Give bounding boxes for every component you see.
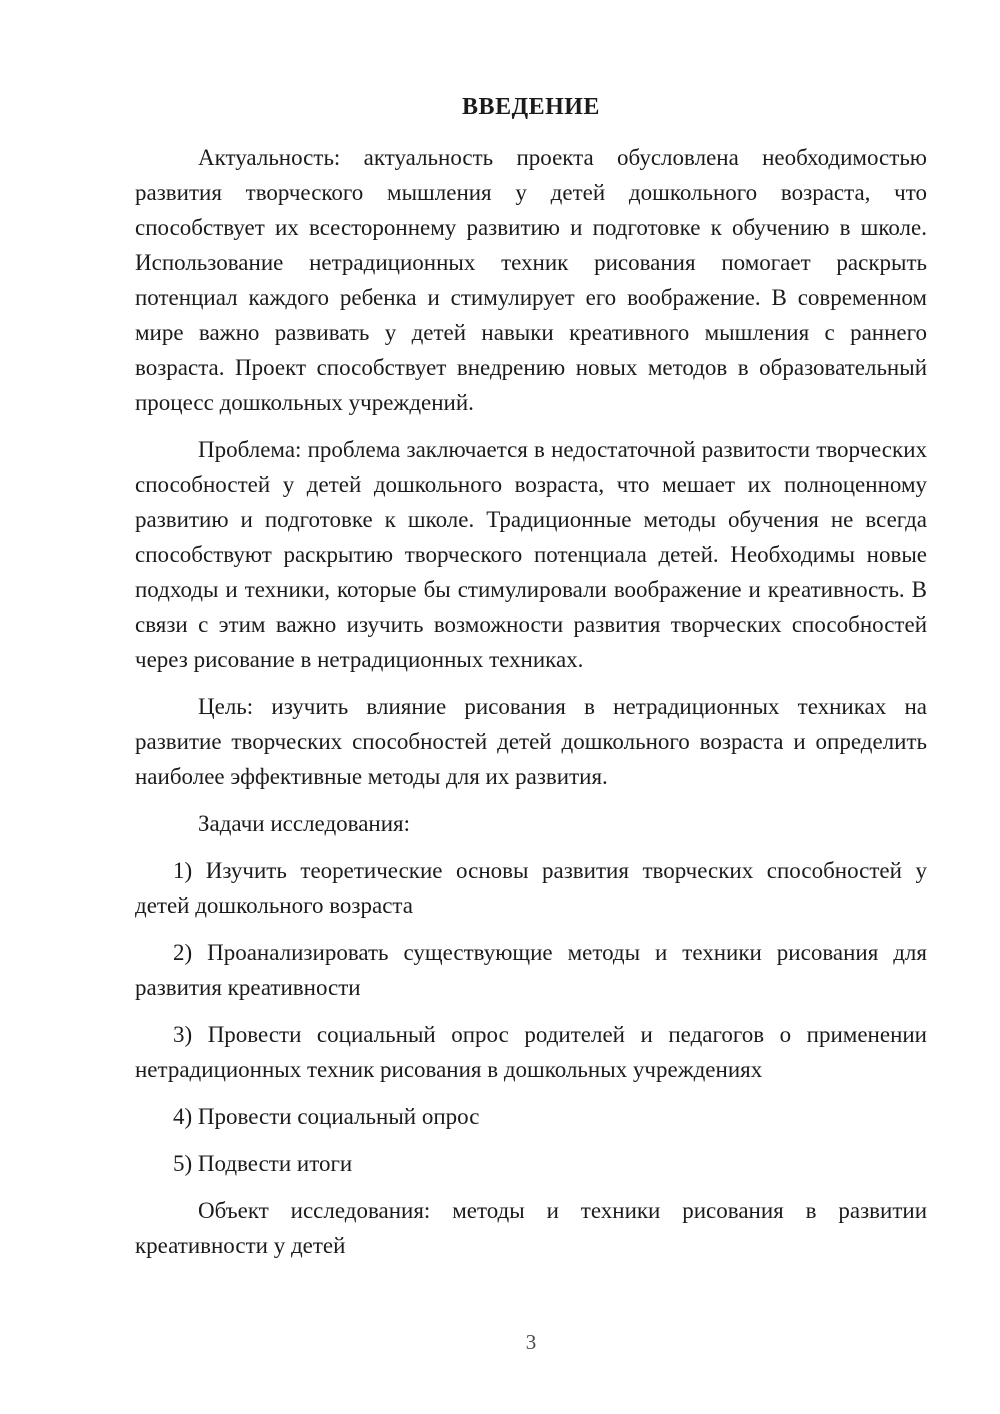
- paragraph-goal: Цель: изучить влияние рисования в нетрад…: [135, 689, 927, 794]
- text-block: ВВЕДЕНИЕ Актуальность: актуальность прое…: [135, 0, 927, 1275]
- task-item-1: 1) Изучить теоретические основы развития…: [135, 853, 927, 923]
- document-page: ВВЕДЕНИЕ Актуальность: актуальность прое…: [0, 0, 1000, 1414]
- paragraph-object: Объект исследования: методы и техники ри…: [135, 1193, 927, 1263]
- paragraph-problem: Проблема: проблема заключается в недоста…: [135, 432, 927, 677]
- page-title: ВВЕДЕНИЕ: [135, 90, 927, 125]
- task-item-5: 5) Подвести итоги: [135, 1146, 927, 1181]
- tasks-heading: Задачи исследования:: [135, 806, 927, 841]
- page-number: 3: [135, 1327, 927, 1357]
- task-item-4: 4) Провести социальный опрос: [135, 1099, 927, 1134]
- task-item-2: 2) Проанализировать существующие методы …: [135, 935, 927, 1005]
- task-item-3: 3) Провести социальный опрос родителей и…: [135, 1017, 927, 1087]
- paragraph-relevance: Актуальность: актуальность проекта обусл…: [135, 140, 927, 420]
